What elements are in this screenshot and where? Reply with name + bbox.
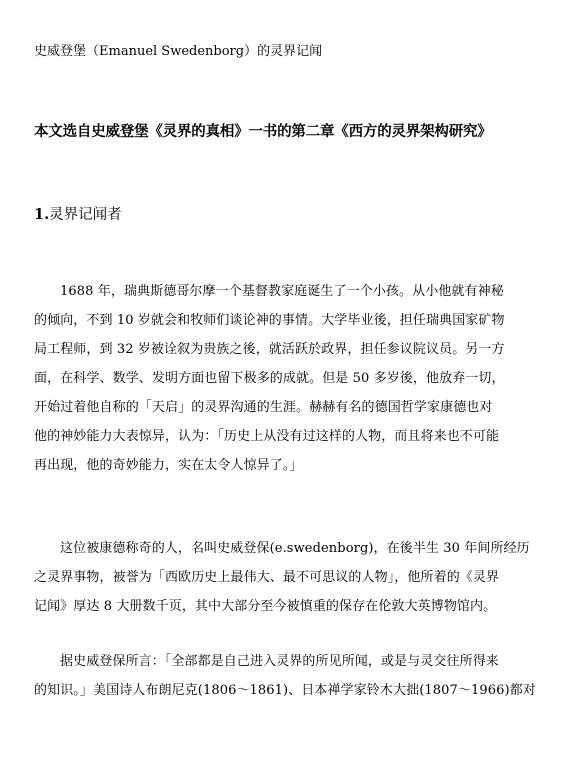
document-title: 史威登堡（Emanuel Swedenborg）的灵界记闻 bbox=[34, 42, 322, 62]
section-heading: 1.灵界记闻者 bbox=[34, 204, 122, 226]
paragraph-line: 再出现，他的奇妙能力，实在太令人惊异了。」 bbox=[34, 451, 534, 480]
paragraph-line: 记闻》厚达 8 大册数千页，其中大部分至今被慎重的保存在伦敦大英博物馆内。 bbox=[34, 592, 534, 621]
document-page: 史威登堡（Emanuel Swedenborg）的灵界记闻 本文选自史威登堡《灵… bbox=[0, 0, 567, 768]
paragraph-line: 面，在科学、数学、发明方面也留下极多的成就。但是 50 多岁後，他放弃一切， bbox=[34, 364, 534, 393]
paragraph-line: 据史威登保所言：「全部都是自己进入灵界的所见所闻，或是与灵交往所得来 bbox=[34, 647, 534, 676]
paragraph-1: 1688 年，瑞典斯德哥尔摩一个基督教家庭诞生了一个小孩。从小他就有神秘 的倾向… bbox=[34, 277, 534, 480]
section-heading-text: 灵界记闻者 bbox=[49, 207, 122, 223]
paragraph-line: 他的神妙能力大表惊异，认为：「历史上从没有过这样的人物，而且将来也不可能 bbox=[34, 422, 534, 451]
paragraph-line: 这位被康德称奇的人，名叫史威登保(e.swedenborg)，在後半生 30 年… bbox=[34, 534, 534, 563]
paragraph-line: 1688 年，瑞典斯德哥尔摩一个基督教家庭诞生了一个小孩。从小他就有神秘 bbox=[34, 277, 534, 306]
paragraph-line: 局工程师，到 32 岁被诠叙为贵族之後，就活跃於政界，担任参议院议员。另一方 bbox=[34, 335, 534, 364]
paragraph-3: 据史威登保所言：「全部都是自己进入灵界的所见所闻，或是与灵交往所得来 的知识。」… bbox=[34, 647, 534, 705]
paragraph-line: 的知识。」美国诗人布朗尼克(1806～1861)、日本禅学家铃木大拙(1807～… bbox=[34, 676, 534, 705]
paragraph-line: 的倾向，不到 10 岁就会和牧师们谈论神的事情。大学毕业後，担任瑞典国家矿物 bbox=[34, 306, 534, 335]
paragraph-line: 之灵界事物，被誉为「西欧历史上最伟大、最不可思议的人物」，他所着的《灵界 bbox=[34, 563, 534, 592]
paragraph-2: 这位被康德称奇的人，名叫史威登保(e.swedenborg)，在後半生 30 年… bbox=[34, 534, 534, 621]
document-subtitle: 本文选自史威登堡《灵界的真相》一书的第二章《西方的灵界架构研究》 bbox=[34, 121, 492, 143]
section-number: 1. bbox=[34, 206, 49, 223]
paragraph-line: 开始过着他自称的「天启」的灵界沟通的生涯。赫赫有名的德国哲学家康德也对 bbox=[34, 393, 534, 422]
